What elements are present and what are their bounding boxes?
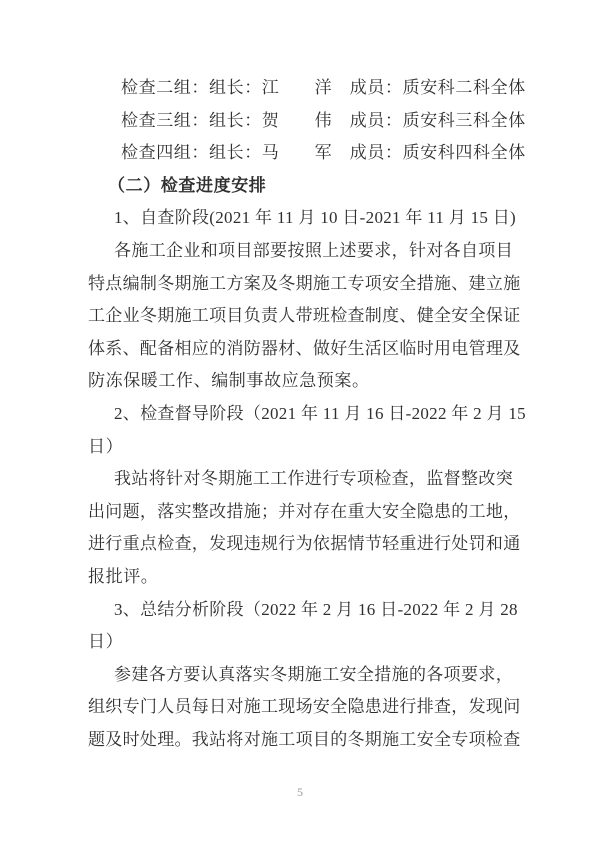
page-number: 5 [0,785,600,800]
paragraph-self-check-line-2: 特点编制冬期施工方案及冬期施工专项安全措施、建立施 [88,268,513,301]
document-body: 检查二组：组长：江 洋 成员：质安科二科全体 检查三组：组长：贺 伟 成员：质安… [88,72,513,756]
item-1-self-check-stage-line: 1、自查阶段(2021 年 11 月 10 日-2021 年 11 月 15 日… [88,202,513,235]
section-heading-inspection-schedule: （二）检查进度安排 [88,170,513,203]
inspection-group-4-line: 检查四组：组长：马 军 成员：质安科四科全体 [88,137,513,170]
paragraph-supervision-line-2: 出问题，落实整改措施；并对存在重大安全隐患的工地， [88,496,513,529]
paragraph-summary-line-3: 题及时处理。我站将对施工项目的冬期施工安全专项检查 [88,724,513,757]
paragraph-supervision-line-3: 进行重点检查，发现违规行为依据情节轻重进行处罚和通 [88,528,513,561]
item-2-supervision-stage-line-1: 2、检查督导阶段（2021 年 11 月 16 日-2022 年 2 月 15 [88,398,513,431]
document-page: 检查二组：组长：江 洋 成员：质安科二科全体 检查三组：组长：贺 伟 成员：质安… [0,0,600,848]
paragraph-supervision-line-1: 我站将针对冬期施工工作进行专项检查，监督整改突 [88,463,513,496]
item-2-supervision-stage-line-2: 日） [88,431,513,464]
paragraph-self-check-line-5: 防冻保暖工作、编制事故应急预案。 [88,365,513,398]
inspection-group-2-line: 检查二组：组长：江 洋 成员：质安科二科全体 [88,72,513,105]
paragraph-summary-line-2: 组织专门人员每日对施工现场安全隐患进行排查，发现问 [88,691,513,724]
paragraph-self-check-line-1: 各施工企业和项目部要按照上述要求，针对各自项目 [88,235,513,268]
item-3-summary-stage-line-2: 日） [88,626,513,659]
item-3-summary-stage-line-1: 3、总结分析阶段（2022 年 2 月 16 日-2022 年 2 月 28 [88,594,513,627]
paragraph-self-check-line-4: 体系、配备相应的消防器材、做好生活区临时用电管理及 [88,333,513,366]
paragraph-supervision-line-4: 报批评。 [88,561,513,594]
paragraph-summary-line-1: 参建各方要认真落实冬期施工安全措施的各项要求， [88,659,513,692]
paragraph-self-check-line-3: 工企业冬期施工项目负责人带班检查制度、健全安全保证 [88,300,513,333]
inspection-group-3-line: 检查三组：组长：贺 伟 成员：质安科三科全体 [88,105,513,138]
